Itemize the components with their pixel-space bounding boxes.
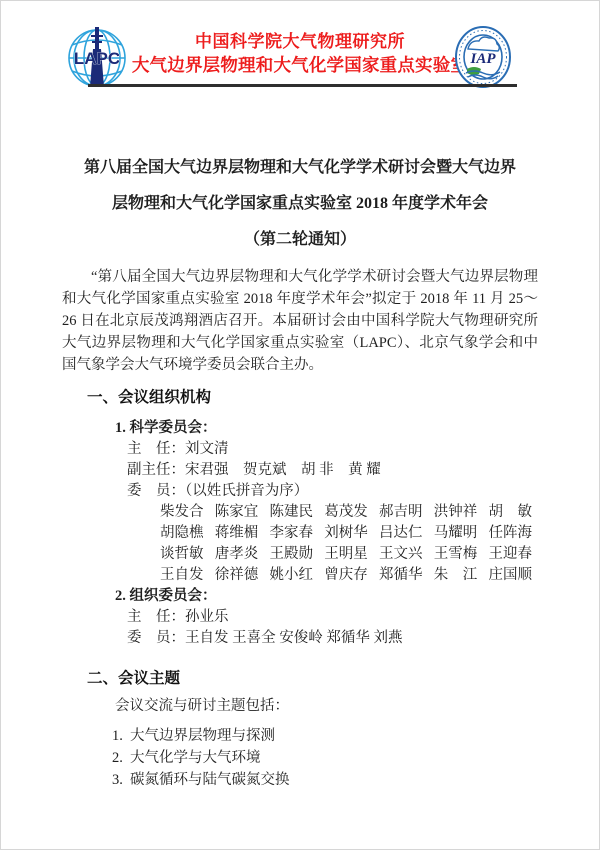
member-name: 王雪梅 bbox=[434, 544, 478, 565]
committee-members-row: 王自发徐祥德姚小红曾庆存郑循华朱 江庄国顺 bbox=[160, 565, 532, 586]
chair-name: 孙业乐 bbox=[185, 609, 229, 625]
section-heading-organization: 一、会议组织机构 bbox=[87, 388, 538, 408]
committee-members-row: 谈哲敏唐孝炎王殿勋王明星王文兴王雪梅王迎春 bbox=[160, 544, 532, 565]
section-heading-topics: 二、会议主题 bbox=[87, 669, 538, 689]
topic-item: 1. 大气边界层物理与探测 bbox=[112, 725, 538, 747]
member-name: 王文兴 bbox=[379, 544, 423, 565]
document-page: LAPC 中国科学院大气物理研究所 大气边界层物理和大气化学国家重点实验室 IA… bbox=[0, 0, 600, 850]
institute-name-block: 中国科学院大气物理研究所 大气边界层物理和大气化学国家重点实验室 bbox=[118, 31, 482, 77]
committee-members-row: 胡隐樵蒋维楣李家春刘树华吕达仁马耀明任阵海 bbox=[160, 523, 532, 544]
member-name: 吕达仁 bbox=[379, 523, 423, 544]
member-name: 姚小红 bbox=[270, 565, 314, 586]
member-name: 刘树华 bbox=[324, 523, 368, 544]
member-name: 曾庆存 bbox=[324, 565, 368, 586]
members-label: 委 员： bbox=[127, 483, 185, 499]
member-name: 郝吉明 bbox=[379, 502, 423, 523]
org-committee-block: 2. 组织委员会： 主 任：孙业乐 委 员：王自发 王喜全 安俊岭 郑循华 刘燕 bbox=[62, 586, 538, 649]
member-name: 蒋维楣 bbox=[215, 523, 259, 544]
member-name: 王明星 bbox=[324, 544, 368, 565]
member-name: 葛茂发 bbox=[324, 502, 368, 523]
svg-text:IAP: IAP bbox=[469, 51, 496, 67]
science-committee-label: 1. 科学委员会： bbox=[115, 418, 538, 439]
member-name: 王殿勋 bbox=[270, 544, 314, 565]
document-content: 第八届全国大气边界层物理和大气化学学术研讨会暨大气边界 层物理和大气化学国家重点… bbox=[62, 150, 538, 791]
laboratory-name: 大气边界层物理和大气化学国家重点实验室 bbox=[118, 55, 482, 77]
member-name: 柴发合 bbox=[160, 502, 204, 523]
chair-name: 刘文清 bbox=[185, 441, 229, 457]
members-names: 王自发 王喜全 安俊岭 郑循华 刘燕 bbox=[185, 630, 403, 646]
science-committee-block: 1. 科学委员会： 主 任：刘文清 副主任：宋君强 贺克斌 胡 非 黄 耀 委 … bbox=[62, 418, 538, 586]
document-title: 第八届全国大气边界层物理和大气化学学术研讨会暨大气边界 层物理和大气化学国家重点… bbox=[62, 150, 538, 258]
topic-number: 3. bbox=[112, 769, 130, 791]
science-vice-chair-line: 副主任：宋君强 贺克斌 胡 非 黄 耀 bbox=[127, 460, 538, 481]
member-name: 任阵海 bbox=[489, 523, 533, 544]
title-line-2: 层物理和大气化学国家重点实验室 2018 年度学术年会 bbox=[62, 186, 538, 222]
intro-paragraph: “第八届全国大气边界层物理和大气化学学术研讨会暨大气边界层物理和大气化学国家重点… bbox=[62, 266, 538, 376]
member-name: 陈建民 bbox=[270, 502, 314, 523]
chair-label: 主 任： bbox=[127, 441, 185, 457]
topics-intro: 会议交流与研讨主题包括： bbox=[115, 695, 538, 717]
member-name: 胡隐樵 bbox=[160, 523, 204, 544]
svg-text:LAPC: LAPC bbox=[74, 49, 120, 68]
topic-number: 2. bbox=[112, 747, 130, 769]
org-chair-line: 主 任：孙业乐 bbox=[127, 607, 538, 628]
topic-text: 大气化学与大气环境 bbox=[130, 747, 261, 769]
member-name: 陈家宜 bbox=[215, 502, 259, 523]
topic-item: 2. 大气化学与大气环境 bbox=[112, 747, 538, 769]
member-name: 唐孝炎 bbox=[215, 544, 259, 565]
members-label: 委 员： bbox=[127, 630, 185, 646]
committee-members-row: 柴发合陈家宜陈建民葛茂发郝吉明洪钟祥胡 敏 bbox=[160, 502, 532, 523]
title-line-3: （第二轮通知） bbox=[62, 222, 538, 258]
member-name: 徐祥德 bbox=[215, 565, 259, 586]
member-name: 郑循华 bbox=[379, 565, 423, 586]
chair-label: 主 任： bbox=[127, 609, 185, 625]
members-note: （以姓氏拼音为序） bbox=[185, 483, 308, 499]
topic-item: 3. 碳氮循环与陆气碳氮交换 bbox=[112, 769, 538, 791]
member-name: 朱 江 bbox=[434, 565, 478, 586]
member-name: 洪钟祥 bbox=[434, 502, 478, 523]
org-members-line: 委 员：王自发 王喜全 安俊岭 郑循华 刘燕 bbox=[127, 628, 538, 649]
iap-logo-icon: IAP bbox=[454, 25, 512, 89]
topics-list: 1. 大气边界层物理与探测 2. 大气化学与大气环境 3. 碳氮循环与陆气碳氮交… bbox=[112, 725, 538, 791]
science-chair-line: 主 任：刘文清 bbox=[127, 439, 538, 460]
topic-text: 大气边界层物理与探测 bbox=[130, 725, 275, 747]
member-name: 李家春 bbox=[270, 523, 314, 544]
vice-chair-label: 副主任： bbox=[127, 462, 185, 478]
member-name: 谈哲敏 bbox=[160, 544, 204, 565]
science-members-line: 委 员：（以姓氏拼音为序） bbox=[127, 481, 538, 502]
title-line-1: 第八届全国大气边界层物理和大气化学学术研讨会暨大气边界 bbox=[62, 150, 538, 186]
topic-number: 1. bbox=[112, 725, 130, 747]
member-name: 王自发 bbox=[160, 565, 204, 586]
topic-text: 碳氮循环与陆气碳氮交换 bbox=[130, 769, 290, 791]
org-committee-label: 2. 组织委员会： bbox=[115, 586, 538, 607]
header-divider bbox=[88, 84, 517, 87]
member-name: 庄国顺 bbox=[489, 565, 533, 586]
member-name: 胡 敏 bbox=[489, 502, 533, 523]
member-name: 王迎春 bbox=[489, 544, 533, 565]
institute-name: 中国科学院大气物理研究所 bbox=[118, 31, 482, 52]
vice-chair-names: 宋君强 贺克斌 胡 非 黄 耀 bbox=[185, 462, 381, 478]
member-name: 马耀明 bbox=[434, 523, 478, 544]
